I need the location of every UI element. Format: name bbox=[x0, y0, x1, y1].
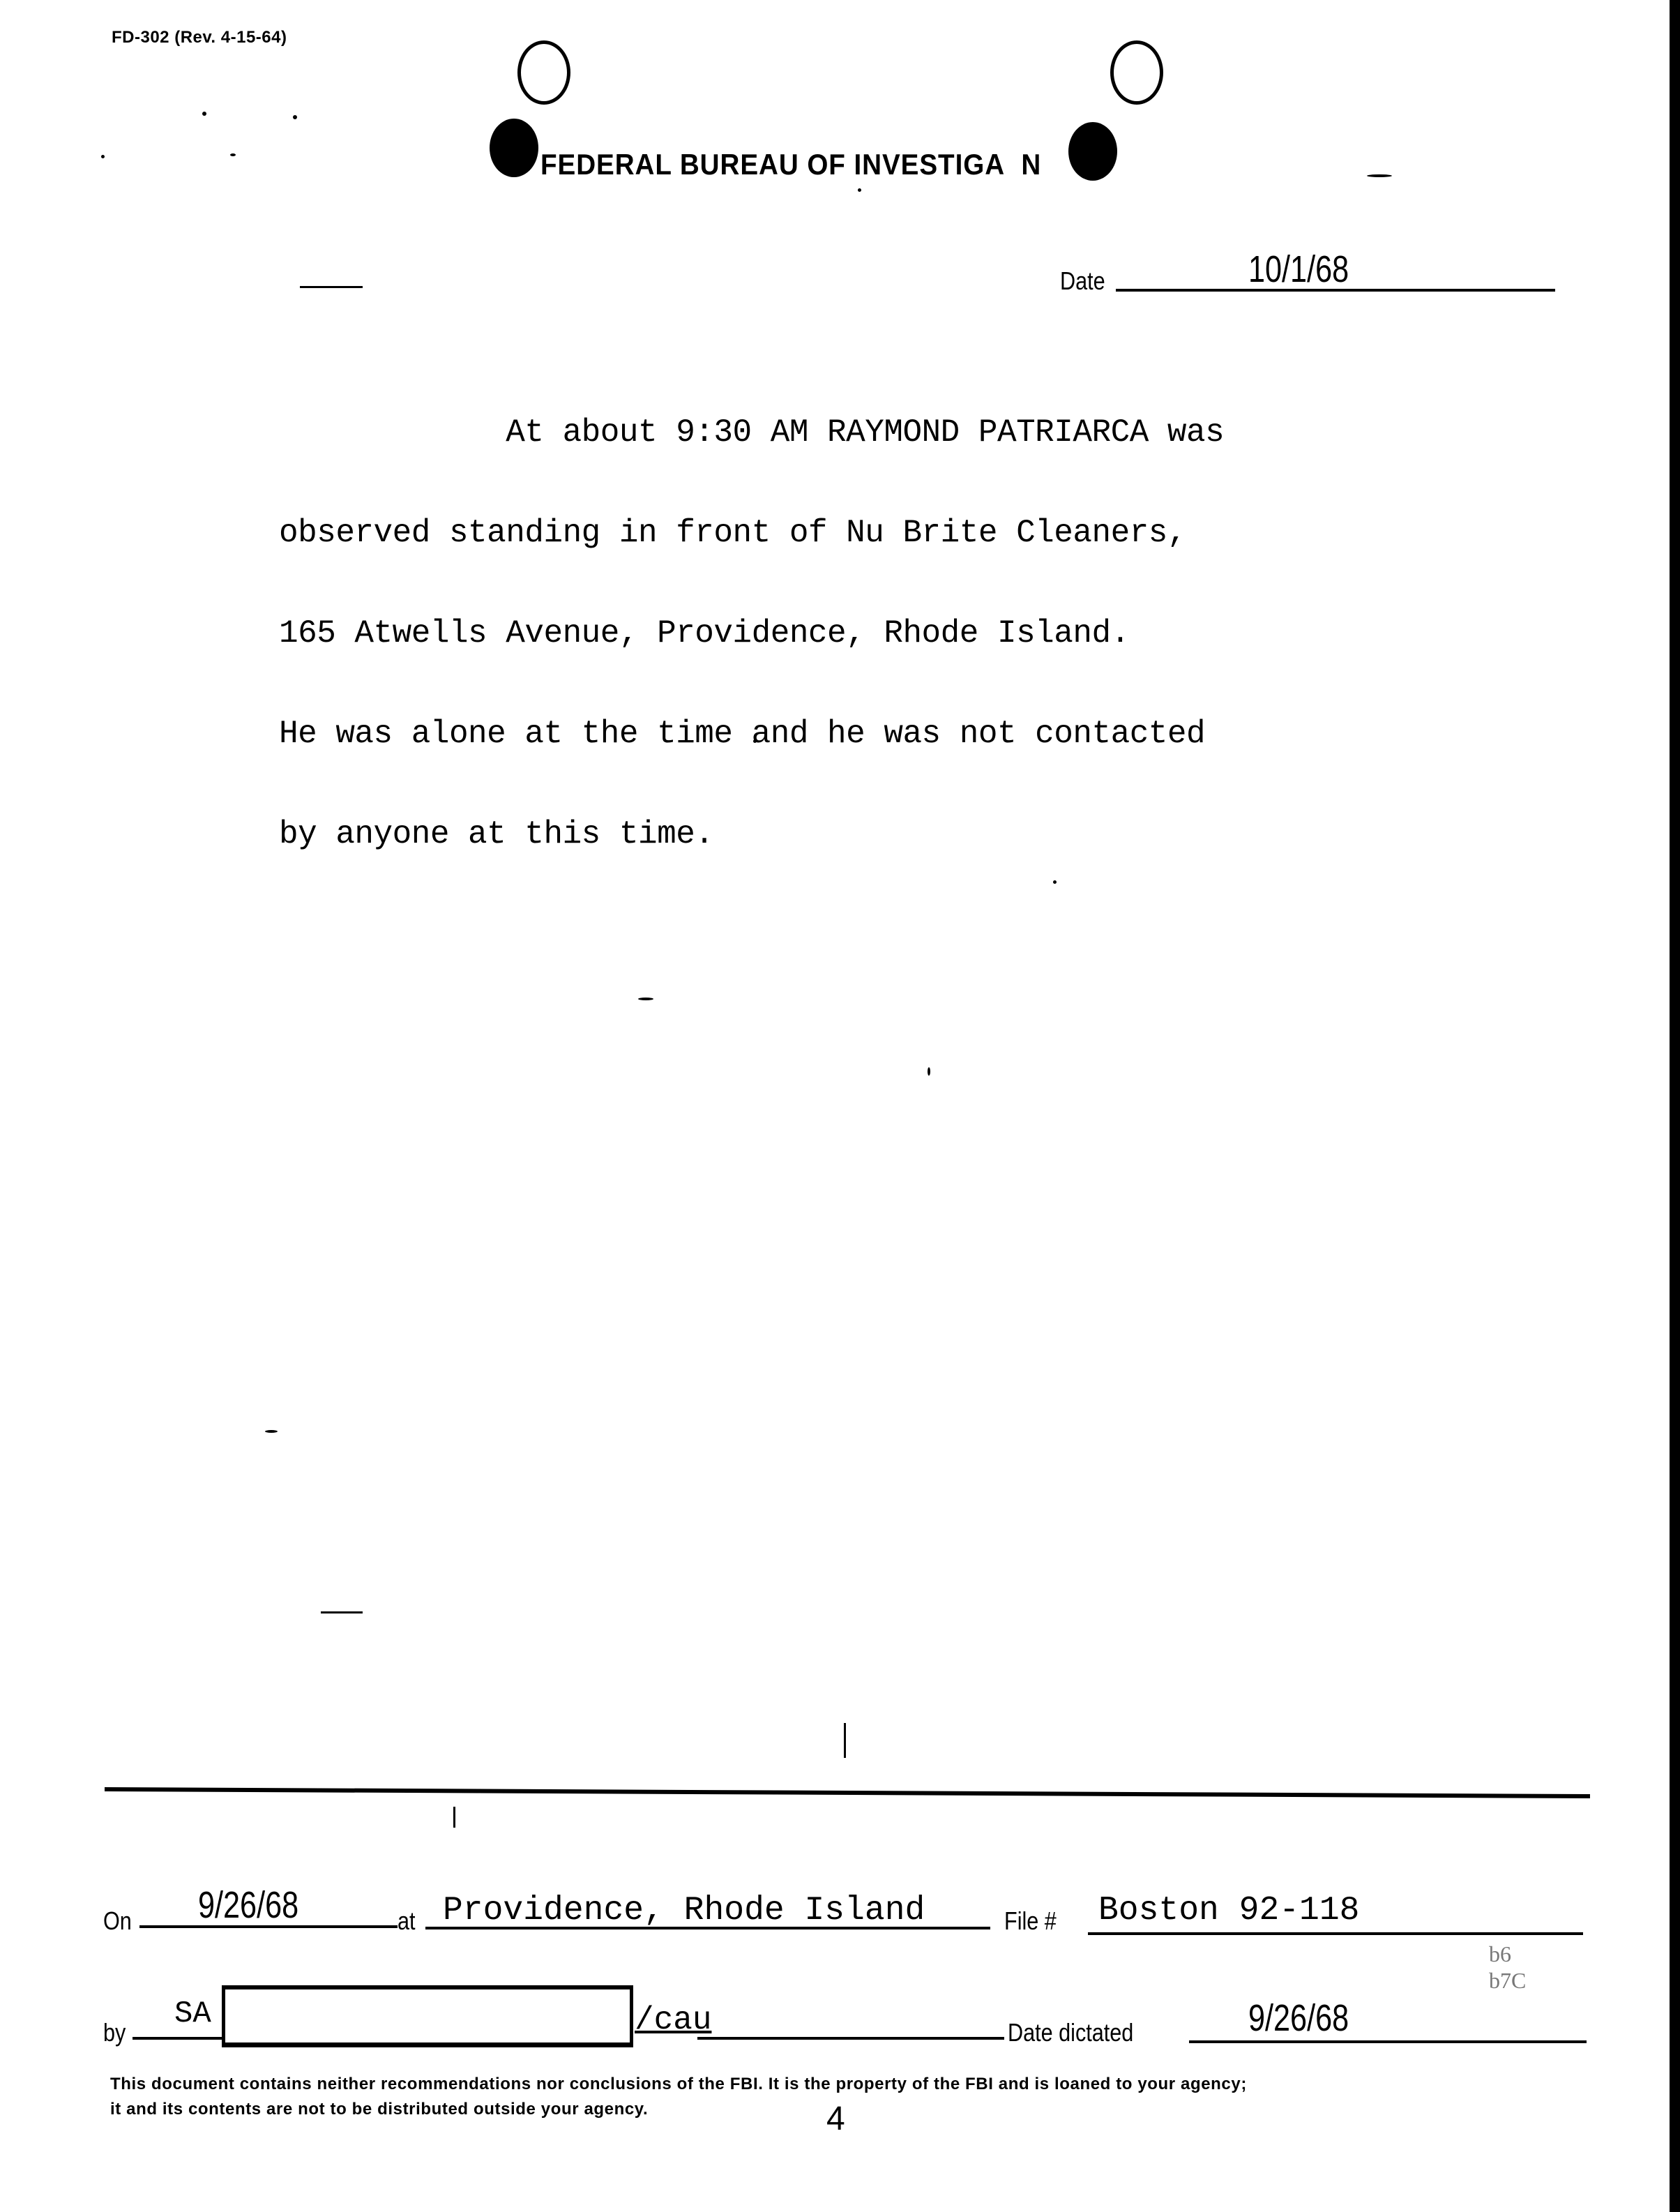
date-label: Date bbox=[1060, 266, 1105, 296]
body-line: by anyone at this time. bbox=[279, 818, 1339, 851]
report-body: At about 9:30 AM RAYMOND PATRIARCA was o… bbox=[279, 349, 1339, 918]
page-number: 4 bbox=[826, 2100, 845, 2138]
punch-hole-filled-left-icon bbox=[490, 119, 538, 177]
exemption-code: b6 bbox=[1489, 1941, 1526, 1967]
punch-hole-filled-right-icon bbox=[1068, 122, 1117, 181]
body-line: 165 Atwells Avenue, Providence, Rhode Is… bbox=[279, 617, 1339, 650]
agency-header: FEDERAL BUREAU OF INVESTIGA N bbox=[540, 148, 1041, 181]
section-divider bbox=[105, 1787, 1590, 1798]
agent-title: SA bbox=[174, 1996, 211, 2031]
body-line: observed standing in front of Nu Brite C… bbox=[279, 516, 1339, 550]
body-line: At about 9:30 AM RAYMOND PATRIARCA was bbox=[279, 416, 1339, 449]
file-underline bbox=[1088, 1932, 1583, 1935]
file-number-value: Boston 92-118 bbox=[1098, 1892, 1359, 1929]
date-dictated-value: 9/26/68 bbox=[1248, 1996, 1349, 2040]
file-label: File # bbox=[1004, 1906, 1057, 1936]
on-label: On bbox=[103, 1906, 132, 1936]
redacted-agent-name bbox=[222, 1985, 633, 2047]
typist-underline bbox=[697, 2037, 1004, 2040]
body-line: He was alone at the time and he was not … bbox=[279, 717, 1339, 751]
scan-edge bbox=[1670, 0, 1680, 2212]
date-value: 10/1/68 bbox=[1248, 248, 1349, 291]
disclaimer-line: it and its contents are not to be distri… bbox=[110, 2097, 1596, 2122]
date-dictated-label: Date dictated bbox=[1008, 2018, 1133, 2047]
typist-initials: /cau bbox=[635, 2002, 711, 2038]
disclaimer: This document contains neither recommend… bbox=[110, 2072, 1596, 2122]
on-date-value: 9/26/68 bbox=[198, 1883, 298, 1927]
at-label: at bbox=[398, 1906, 416, 1936]
disclaimer-line: This document contains neither recommend… bbox=[110, 2072, 1596, 2097]
form-id: FD-302 (Rev. 4-15-64) bbox=[112, 28, 287, 47]
date-dictated-underline bbox=[1189, 2040, 1587, 2043]
location-value: Providence, Rhode Island bbox=[443, 1892, 925, 1929]
exemption-code: b7C bbox=[1489, 1967, 1526, 1994]
punch-hole-right-icon bbox=[1110, 40, 1163, 105]
by-underline bbox=[133, 2037, 223, 2040]
punch-hole-left-icon bbox=[517, 40, 570, 105]
by-label: by bbox=[103, 2018, 126, 2047]
foia-exemptions: b6 b7C bbox=[1489, 1941, 1526, 1994]
